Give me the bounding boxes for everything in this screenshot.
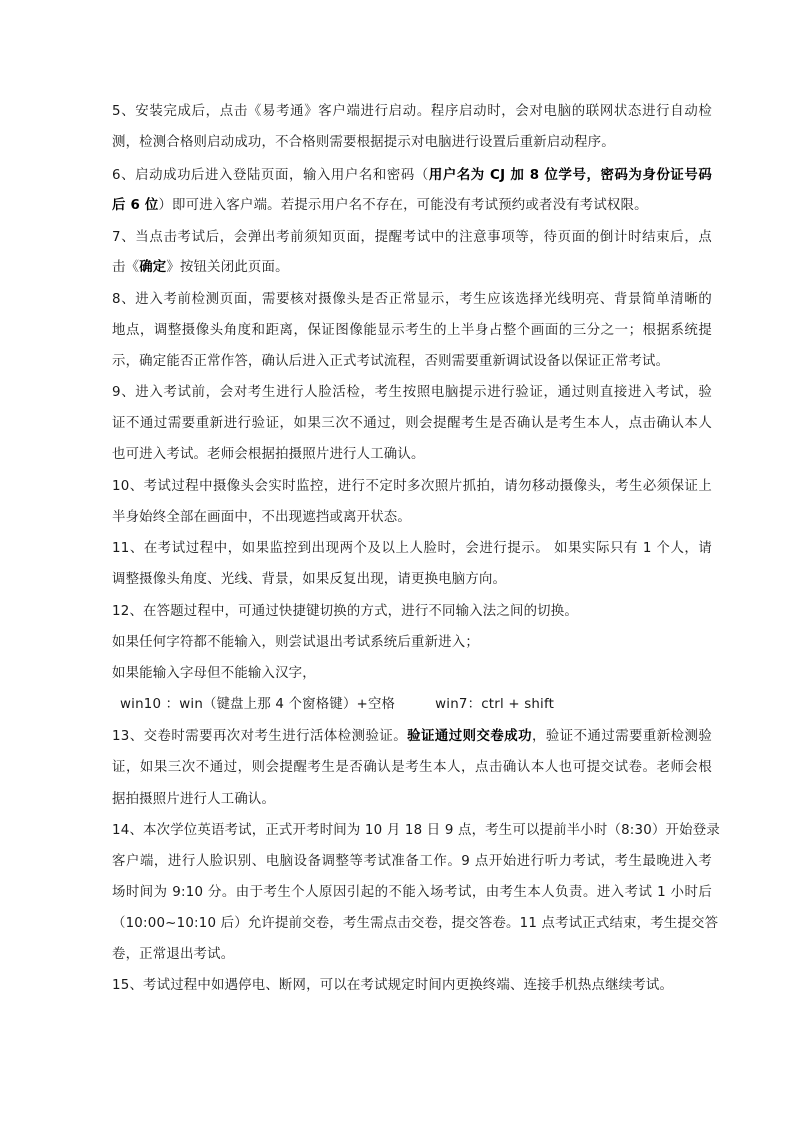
item-11-line-2: 调整摄像头角度、光线、背景，如果反复出现，请更换电脑方向。 (112, 570, 712, 590)
text-run: 半身始终全部在画面中，不出现遮挡或离开状态。 (112, 510, 411, 525)
text-run: 8、进入考前检测页面，需要核对摄像头是否正常显示，考生应该选择光线明亮、背景简单… (112, 292, 712, 307)
text-run: 场时间为 9:10 分。由于考生个人原因引起的不能入场考试，由考生本人负责。进入… (112, 885, 712, 900)
text-run: 证不通过需要重新进行验证，如果三次不通过，则会提醒考生是否确认是考生本人，点击确… (112, 416, 712, 431)
item-12-line-3: 如果能输入字母但不能输入汉字， (112, 664, 712, 684)
item-8-line-3: 示，确定能否正常作答，确认后进入正式考试流程，否则需要重新调试设备以保证正常考试… (112, 352, 712, 372)
text-run: 6、启动成功后进入登陆页面，输入用户名和密码（ (112, 168, 429, 183)
item-12-line-2: 如果任何字符都不能输入，则尝试退出考试系统后重新进入； (112, 633, 712, 653)
item-15-line-1: 15、考试过程中如遇停电、断网，可以在考试规定时间内更换终端、连接手机热点继续考… (112, 976, 712, 996)
document-page: 5、安装完成后，点击《易考通》客户端进行启动。程序启动时，会对电脑的联网状态进行… (0, 0, 793, 1122)
text-run: 客户端，进行人脸识别、电脑设备调整等考试准备工作。9 点开始进行听力考试，考生最… (112, 854, 712, 869)
text-run: 13、交卷时需要再次对考生进行活体检测验证。 (112, 729, 407, 744)
bold-confirm-text: 确定 (139, 260, 166, 275)
item-14-line-2: 客户端，进行人脸识别、电脑设备调整等考试准备工作。9 点开始进行听力考试，考生最… (112, 852, 712, 872)
item-14-line-1: 14、本次学位英语考试，正式开考时间为 10 月 18 日 9 点，考生可以提前… (112, 821, 712, 841)
item-6-line-1: 6、启动成功后进入登陆页面，输入用户名和密码（用户名为 CJ 加 8 位学号，密… (112, 166, 712, 186)
item-13-line-3: 据拍摄照片进行人工确认。 (112, 790, 712, 810)
text-run: 》按钮关闭此页面。 (166, 260, 288, 275)
text-run: 击《 (112, 260, 139, 275)
text-run: 据拍摄照片进行人工确认。 (112, 792, 275, 807)
text-run: 也可进入考试。老师会根据拍摄照片进行人工确认。 (112, 447, 425, 462)
text-run: 15、考试过程中如遇停电、断网，可以在考试规定时间内更换终端、连接手机热点继续考… (112, 978, 673, 993)
win7-shortcut-text: win7：ctrl + shift (435, 697, 554, 712)
text-run: 如果能输入字母但不能输入汉字， (112, 666, 316, 681)
text-run: 证，如果三次不通过，则会提醒考生是否确认是考生本人，点击确认本人也可提交试卷。老… (112, 760, 712, 775)
shortcut-line: win10 ：win（键盘上那 4 个窗格键）+空格win7：ctrl + sh… (120, 695, 720, 715)
item-14-line-3: 场时间为 9:10 分。由于考生个人原因引起的不能入场考试，由考生本人负责。进入… (112, 883, 712, 903)
text-run: 5、安装完成后，点击《易考通》客户端进行启动。程序启动时，会对电脑的联网状态进行… (112, 104, 712, 119)
item-11-line-1: 11、在考试过程中，如果监控到出现两个及以上人脸时，会进行提示。 如果实际只有 … (112, 539, 712, 559)
text-run: 如果任何字符都不能输入，则尝试退出考试系统后重新进入； (112, 635, 479, 650)
text-run: 9、进入考试前，会对考生进行人脸活检，考生按照电脑提示进行验证，通过则直接进入考… (112, 385, 712, 400)
item-9-line-2: 证不通过需要重新进行验证，如果三次不通过，则会提醒考生是否确认是考生本人，点击确… (112, 414, 712, 434)
item-5-line-2: 测，检测合格则启动成功，不合格则需要根据提示对电脑进行设置后重新启动程序。 (112, 133, 712, 153)
text-run: 10、考试过程中摄像头会实时监控，进行不定时多次照片抓拍，请勿移动摄像头，考生必… (112, 479, 712, 494)
item-9-line-1: 9、进入考试前，会对考生进行人脸活检，考生按照电脑提示进行验证，通过则直接进入考… (112, 383, 712, 403)
item-14-line-5: 卷，正常退出考试。 (112, 945, 712, 965)
text-run: ）即可进入客户端。若提示用户名不存在，可能没有考试预约或者没有考试权限。 (158, 198, 647, 213)
item-8-line-1: 8、进入考前检测页面，需要核对摄像头是否正常显示，考生应该选择光线明亮、背景简单… (112, 290, 712, 310)
text-run: 地点，调整摄像头角度和距离，保证图像能显示考生的上半身占整个画面的三分之一；根据… (112, 323, 712, 338)
text-run: 调整摄像头角度、光线、背景，如果反复出现，请更换电脑方向。 (112, 572, 506, 587)
item-10-line-1: 10、考试过程中摄像头会实时监控，进行不定时多次照片抓拍，请勿移动摄像头，考生必… (112, 477, 712, 497)
text-run: 12、在答题过程中，可通过快捷键切换的方式，进行不同输入法之间的切换。 (112, 604, 578, 619)
text-run: （10:00~10:10 后）允许提前交卷，考生需点击交卷，提交答卷。11 点考… (112, 916, 718, 931)
text-run: 卷，正常退出考试。 (112, 947, 234, 962)
win10-shortcut-text: win10 ：win（键盘上那 4 个窗格键）+空格 (120, 697, 395, 712)
bold-credential-text: 用户名为 CJ 加 8 位学号，密码为身份证号码 (429, 168, 712, 183)
item-13-line-1: 13、交卷时需要再次对考生进行活体检测验证。验证通过则交卷成功，验证不通过需要重… (112, 727, 712, 747)
text-run: 14、本次学位英语考试，正式开考时间为 10 月 18 日 9 点，考生可以提前… (112, 823, 720, 838)
item-7-line-1: 7、当点击考试后，会弹出考前须知页面，提醒考试中的注意事项等，待页面的倒计时结束… (112, 228, 712, 248)
bold-credential-text: 后 6 位 (112, 198, 158, 213)
text-run: 7、当点击考试后，会弹出考前须知页面，提醒考试中的注意事项等，待页面的倒计时结束… (112, 230, 712, 245)
item-9-line-3: 也可进入考试。老师会根据拍摄照片进行人工确认。 (112, 445, 712, 465)
item-6-line-2: 后 6 位）即可进入客户端。若提示用户名不存在，可能没有考试预约或者没有考试权限… (112, 196, 712, 216)
item-8-line-2: 地点，调整摄像头角度和距离，保证图像能显示考生的上半身占整个画面的三分之一；根据… (112, 321, 712, 341)
item-5-line-1: 5、安装完成后，点击《易考通》客户端进行启动。程序启动时，会对电脑的联网状态进行… (112, 102, 712, 122)
text-run: 11、在考试过程中，如果监控到出现两个及以上人脸时，会进行提示。 如果实际只有 … (112, 541, 712, 556)
text-run: 测，检测合格则启动成功，不合格则需要根据提示对电脑进行设置后重新启动程序。 (112, 135, 615, 150)
item-14-line-4: （10:00~10:10 后）允许提前交卷，考生需点击交卷，提交答卷。11 点考… (112, 914, 712, 934)
item-13-line-2: 证，如果三次不通过，则会提醒考生是否确认是考生本人，点击确认本人也可提交试卷。老… (112, 758, 712, 778)
text-run: ，验证不通过需要重新检测验 (532, 729, 712, 744)
item-10-line-2: 半身始终全部在画面中，不出现遮挡或离开状态。 (112, 508, 712, 528)
item-12-line-1: 12、在答题过程中，可通过快捷键切换的方式，进行不同输入法之间的切换。 (112, 602, 712, 622)
item-7-line-2: 击《确定》按钮关闭此页面。 (112, 258, 712, 278)
bold-submit-success-text: 验证通过则交卷成功 (407, 729, 532, 744)
text-run: 示，确定能否正常作答，确认后进入正式考试流程，否则需要重新调试设备以保证正常考试… (112, 354, 669, 369)
